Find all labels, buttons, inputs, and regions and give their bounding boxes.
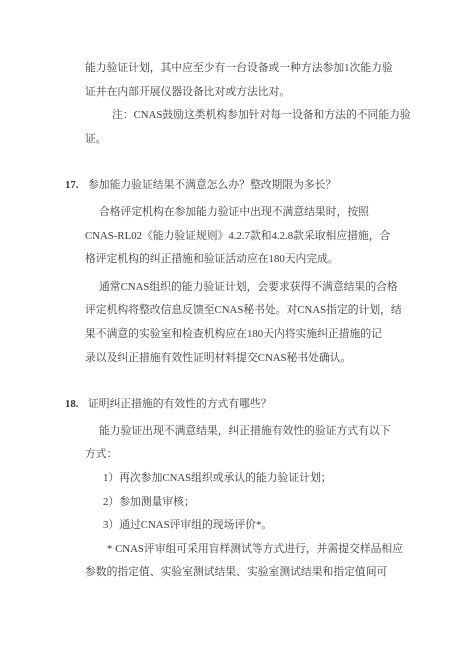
text-line: 证。 bbox=[85, 128, 395, 152]
cont-block: 能力验证计划，其中应至少有一台设备或一种方法参加1次能力验证并在内部开展仪器设备… bbox=[85, 57, 395, 104]
text-line: 通常CNAS组织的能力验证计划，会要求获得不满意结果的合格 bbox=[85, 276, 395, 300]
footnote-block: * CNAS评审组可采用盲样测试等方式进行，并需提交样品相应参数的指定值、实验室… bbox=[85, 538, 395, 585]
text-line: 3）通过CNAS评审组的现场评价*。 bbox=[85, 514, 395, 538]
text-line: 格评定机构的纠正措施和验证活动应在180天内完成。 bbox=[85, 248, 395, 272]
text-line: * CNAS评审组可采用盲样测试等方式进行，并需提交样品相应 bbox=[85, 538, 395, 562]
note-block: 注：CNAS鼓励这类机构参加针对每一设备和方法的不同能力验证。 bbox=[85, 104, 395, 151]
text-line: 果不满意的实验室和检查机构应在180天内将实施纠正措施的记 bbox=[85, 323, 395, 347]
text-line: 录以及纠正措施有效性证明材料提交CNAS秘书处确认。 bbox=[85, 347, 395, 371]
question-number: 18. bbox=[65, 393, 88, 417]
text-line: 注：CNAS鼓励这类机构参加针对每一设备和方法的不同能力验 bbox=[85, 104, 395, 128]
text-line: 合格评定机构在参加能力验证中出现不满意结果时，按照 bbox=[85, 201, 395, 225]
text-line: 评定机构将整改信息反馈至CNAS秘书处。对CNAS指定的计划，结 bbox=[85, 299, 395, 323]
list-block: 3）通过CNAS评审组的现场评价*。 bbox=[85, 514, 395, 538]
para-block: 通常CNAS组织的能力验证计划，会要求获得不满意结果的合格评定机构将整改信息反馈… bbox=[85, 276, 395, 370]
question-text: 证明纠正措施的有效性的方式有哪些？ bbox=[88, 393, 272, 417]
text-line: 能力验证计划，其中应至少有一台设备或一种方法参加1次能力验 bbox=[85, 57, 395, 81]
list-block: 2）参加测量审核； bbox=[85, 491, 395, 515]
question-heading: 17.参加能力验证结果不满意怎么办？整改期限为多长？ bbox=[65, 174, 395, 198]
text-line: 证并在内部开展仪器设备比对或方法比对。 bbox=[85, 81, 395, 105]
list-block: 1）再次参加CNAS组织或承认的能力验证计划； bbox=[85, 467, 395, 491]
document-content: 能力验证计划，其中应至少有一台设备或一种方法参加1次能力验证并在内部开展仪器设备… bbox=[65, 57, 395, 585]
para-block: 合格评定机构在参加能力验证中出现不满意结果时，按照CNAS-RL02《能力验证规… bbox=[85, 201, 395, 272]
text-line: 能力验证出现不满意结果，纠正措施有效性的验证方式有以下 bbox=[85, 420, 395, 444]
document-page: 能力验证计划，其中应至少有一台设备或一种方法参加1次能力验证并在内部开展仪器设备… bbox=[0, 0, 455, 645]
question-number: 17. bbox=[65, 174, 88, 198]
para-block: 能力验证出现不满意结果，纠正措施有效性的验证方式有以下方式： bbox=[85, 420, 395, 467]
text-line: 1）再次参加CNAS组织或承认的能力验证计划； bbox=[85, 467, 395, 491]
text-line: 方式： bbox=[85, 443, 395, 467]
question-text: 参加能力验证结果不满意怎么办？整改期限为多长？ bbox=[88, 174, 336, 198]
text-line: CNAS-RL02《能力验证规则》4.2.7款和4.2.8款采取相应措施，合 bbox=[85, 225, 395, 249]
question-heading: 18.证明纠正措施的有效性的方式有哪些？ bbox=[65, 393, 395, 417]
text-line: 参数的指定值、实验室测试结果、实验室测试结果和指定值间可 bbox=[85, 561, 395, 585]
text-line: 2）参加测量审核； bbox=[85, 491, 395, 515]
